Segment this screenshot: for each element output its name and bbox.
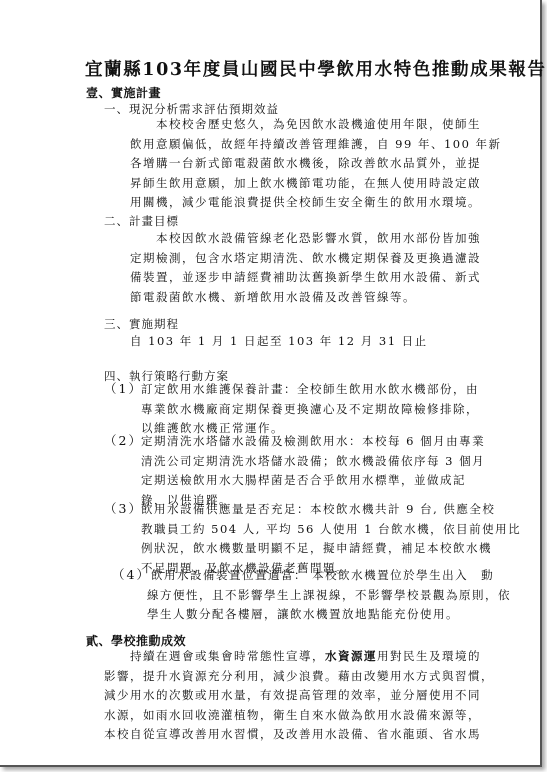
strategy-item-4: 飲用水設備裝置位置適當： 本校飲水機置位於學生出入 動 線方便性，且不影響學生上… <box>147 566 511 625</box>
schedule-text: 自 103 年 1 月 1 日起至 103 年 12 月 31 日止 <box>130 332 428 352</box>
text-fragment: 持續在週會或集會時常態性宣導， <box>130 649 325 663</box>
bold-text-fragment: 水資源運 <box>325 649 377 663</box>
text-line: 訂定飲用水維護保養計畫：全校師生飲用水飲水機部份，由 <box>141 380 479 400</box>
text-line: 線方便性，且不影響學生上課視線，不影響學校景觀為原則，依 <box>147 586 511 606</box>
text-line: 昇師生飲用意願，加上飲水機節電功能，在無人使用時設定啟 <box>130 174 502 194</box>
strategy-item-2: 定期清洗水塔儲水設備及檢測飲用水：本校每 6 個月由專業 清洗公司定期清洗水塔儲… <box>141 432 485 510</box>
section-heading-implementation-plan: 壹、實施計畫 <box>86 84 161 101</box>
subheading-plan-goals: 二、計畫目標 <box>104 213 179 229</box>
text-line: 用關機，減少電能浪費提供全校師生安全衛生的飲用水環境。 <box>130 193 502 213</box>
item-number-2: （2） <box>104 431 143 449</box>
text-line: 水源，如雨水回收澆灌植物，衛生自來水做為飲用水設備來源等， <box>104 706 494 726</box>
text-line: 教職員工約 504 人, 平均 56 人使用 1 台飲水機，依目前使用比 <box>141 520 521 540</box>
document-title: 宜蘭縣103年度員山國民中學飲用水特色推動成果報告 <box>85 56 547 81</box>
paragraph-plan-goals: 本校因飲水設備管線老化恐影響水質，飲用水部份皆加強 定期檢測，包含水塔定期清洗、… <box>130 229 481 307</box>
text-line: 本校因飲水設備管線老化恐影響水質，飲用水部份皆加強 <box>130 229 481 249</box>
paragraph-school-results: 持續在週會或集會時常態性宣導，水資源運用對民生及環境的 影響，提升水資源充分利用… <box>104 647 494 745</box>
paragraph-situation-analysis: 本校校舍歷史悠久，為免因飲水設機逾使用年限，使師生 飲用意願偏低，故經年持續改善… <box>130 115 502 213</box>
text-line: 各增購一台新式節電殺菌飲水機後，除改善飲水品質外，並提 <box>130 154 502 174</box>
item-number-4: （4） <box>112 565 151 583</box>
text-line: 備裝置，並逐步申請經費補助汰舊換新學生飲用水設備、新式 <box>130 268 481 288</box>
item-number-1: （1） <box>104 379 143 397</box>
text-line: 飲用意願偏低，故經年持續改善管理維護，自 99 年、100 年新 <box>130 135 502 155</box>
text-line: 影響，提升水資源充分利用，減少浪費。藉由改變用水方式與習慣， <box>104 667 494 687</box>
text-line: 例狀況，飲水機數量明顯不足，擬申請經費，補足本校飲水機 <box>141 539 521 559</box>
text-fragment: 用對民生及環境的 <box>377 649 481 663</box>
text-line: 減少用水的次數或用水量，有效提高管理的效率，並分層使用不同 <box>104 686 494 706</box>
text-line: 定期清洗水塔儲水設備及檢測飲用水：本校每 6 個月由專業 <box>141 432 485 452</box>
text-line: 飲用水設備裝置位置適當： 本校飲水機置位於學生出入 動 <box>151 566 511 586</box>
text-line: 學生人數分配各樓層，讓飲水機置放地點能充份使用。 <box>147 605 511 625</box>
text-line: 本校校舍歷史悠久，為免因飲水設機逾使用年限，使師生 <box>130 115 502 135</box>
text-line: 清洗公司定期清洗水塔儲水設備；飲水機設備依序每 3 個月 <box>141 452 485 472</box>
strategy-item-1: 訂定飲用水維護保養計畫：全校師生飲用水飲水機部份，由 專業飲水機廠商定期保養更換… <box>141 380 479 439</box>
paragraph-schedule: 自 103 年 1 月 1 日起至 103 年 12 月 31 日止 <box>130 332 428 352</box>
text-line: 專業飲水機廠商定期保養更換濾心及不定期故障檢修排除， <box>141 400 479 420</box>
text-line: 飲用水設備供應量是否充足：本校飲水機共計 9 台, 供應全校 <box>141 500 521 520</box>
document-page: 宜蘭縣103年度員山國民中學飲用水特色推動成果報告 壹、實施計畫 一、現況分析需… <box>0 0 542 767</box>
text-line: 持續在週會或集會時常態性宣導，水資源運用對民生及環境的 <box>104 647 494 667</box>
text-line: 定期送檢飲用水大腸桿菌是否合乎飲用水標準，並做成記 <box>141 471 485 491</box>
text-line: 本校自從宣導改善用水習慣，及改善用水設備、省水龍頭、省水馬 <box>104 725 494 745</box>
text-line: 定期檢測，包含水塔定期清洗、飲水機定期保養及更換過濾設 <box>130 249 481 269</box>
item-number-3: （3） <box>104 499 143 517</box>
text-line: 節電殺菌飲水機、新增飲用水設備及改善管線等。 <box>130 288 481 308</box>
subheading-schedule: 三、實施期程 <box>104 316 179 332</box>
